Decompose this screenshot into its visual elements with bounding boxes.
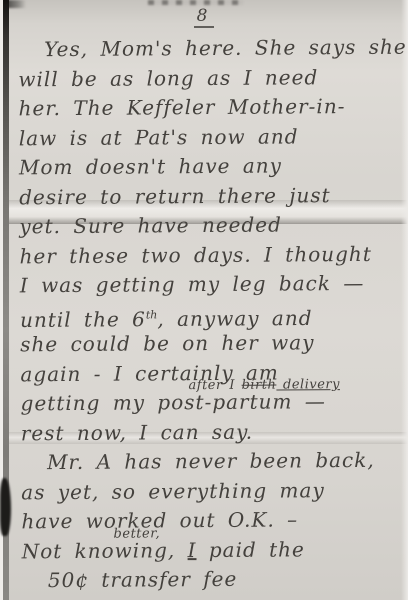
- letter-segment: her these two days. I thought: [20, 241, 372, 267]
- letter-line: as yet, so everything may: [21, 475, 403, 507]
- letter-line: rest now, I can say.: [21, 416, 403, 448]
- letter-segment: paid the: [196, 537, 305, 562]
- letter-segment: Yes, Mom's here. She says she: [44, 35, 407, 62]
- letter-line: 50¢ transfer fee: [22, 564, 404, 596]
- cut-off-pen-mark: [148, 0, 243, 5]
- letter-segment-underline: delivery: [276, 377, 340, 392]
- letter-line: desire to return there just: [19, 180, 401, 212]
- letter-line: Mom doesn't have any: [19, 151, 401, 183]
- letter-segment: after I: [188, 378, 241, 393]
- letter-segment: Mr. A has never been back,: [47, 448, 375, 474]
- letter-segment: yet. Sure have needed: [19, 213, 282, 239]
- letter-line: Mr. A has never been back,: [21, 446, 403, 478]
- letter-segment: as yet, so everything may: [21, 478, 325, 504]
- letter-line: she could be on her way: [20, 328, 402, 360]
- letter-segment-underline: I: [187, 538, 196, 562]
- letter-line: will be as long as I need: [18, 62, 400, 94]
- page-number: 8: [0, 6, 408, 26]
- letter-page: 8 Yes, Mom's here. She says shewill be a…: [0, 0, 408, 600]
- letter-segment: will be as long as I need: [18, 65, 318, 91]
- letter-segment: she could be on her way: [20, 330, 314, 356]
- letter-segment: Not knowing,: [22, 538, 188, 563]
- letter-segment: until the 6: [20, 307, 146, 332]
- letter-segment: 50¢ transfer fee: [48, 567, 238, 592]
- letter-lines: Yes, Mom's here. She says shewill be as …: [18, 33, 404, 596]
- page-edge-tear-mark: [0, 478, 11, 536]
- letter-segment: rest now, I can say.: [21, 419, 253, 445]
- letter-segment: her. The Keffeler Mother-in-: [18, 94, 345, 120]
- letter-segment-sup: th: [146, 308, 158, 321]
- letter-line: law is at Pat's now and: [19, 121, 401, 153]
- letter-line: have worked out O.K. –: [21, 505, 403, 537]
- letter-segment: Mom doesn't have any: [19, 154, 282, 180]
- letter-line: yet. Sure have needed: [19, 210, 401, 242]
- letter-line: her these two days. I thought: [19, 239, 401, 271]
- letter-segment: , anyway and: [157, 305, 312, 330]
- letter-segment: getting my post-partum —: [21, 389, 326, 415]
- letter-line: Not knowing, I paid the: [22, 534, 404, 566]
- letter-segment-strike: birth: [242, 378, 277, 393]
- letter-line: until the 6th, anyway and: [20, 298, 402, 330]
- letter-line: Yes, Mom's here. She says she: [18, 33, 400, 65]
- letter-line: her. The Keffeler Mother-in-: [18, 92, 400, 124]
- letter-segment: desire to return there just: [19, 183, 331, 209]
- letter-segment: I was getting my leg back —: [20, 271, 365, 297]
- letter-segment: law is at Pat's now and: [19, 124, 299, 150]
- letter-segment: better,: [113, 526, 160, 541]
- letter-line: I was getting my leg back —: [20, 269, 402, 301]
